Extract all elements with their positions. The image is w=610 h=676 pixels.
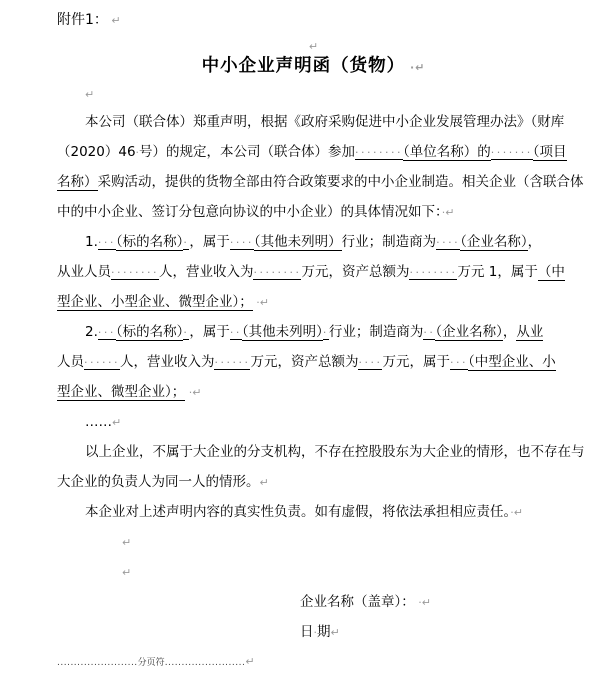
clause-2-line-3: 型企业、微型企业）； ·↵ [57, 377, 570, 407]
text-run: （其他未列明） [254, 234, 342, 251]
text-run: 中的中小企业、签订分包意向协议的中小企业）的具体情况如下： [57, 204, 442, 220]
formatting-mark: ↵ [245, 655, 254, 668]
text-run: 本公司（联合体）郑重声明，根据《政府采购促进中小企业发展管理办法》（财库 [85, 114, 564, 130]
text-run: ， [528, 234, 542, 250]
blank-fill-dots: ·· [230, 326, 242, 340]
text-run: （项目 [533, 144, 567, 161]
blank-fill-dots: ······· [491, 146, 533, 160]
clause-2-line-1: 2.···（标的名称）·，属于··（其他未列明）·行业；制造商为··（企业名称）… [57, 317, 570, 347]
blank-fill-dots: ··· [98, 326, 116, 340]
document-title: 中小企业声明函（货物） ·↵ [57, 51, 570, 82]
text-run: 型企业、微型企业）； [57, 384, 185, 401]
text-run: …… [85, 414, 112, 430]
formatting-mark: ↵ [122, 536, 131, 549]
intro-line-3: 名称）采购活动，提供的货物全部由符合政策要求的中小企业制造。相关企业（含联合体 [57, 167, 570, 197]
text-run: ........................ [57, 658, 138, 668]
blank-fill-dots: ········ [111, 266, 159, 280]
text-run: 行业；制造商为 [342, 234, 437, 250]
text-run: （2020）46 [57, 144, 136, 160]
text-run: 采购活动，提供的货物全部由符合政策要求的中小企业制造。相关企业（含联合体 [98, 174, 584, 190]
text-run: （企业名称） [435, 324, 503, 341]
intro-line-2: （2020）46·号）的规定，本公司（联合体）参加········（单位名称）的… [57, 137, 570, 167]
text-run: 1. [85, 234, 98, 250]
empty-paragraph: ↵ [57, 82, 570, 107]
empty-paragraph: ↵ [57, 557, 570, 587]
blank-fill-dots: ···· [230, 236, 254, 250]
text-run: 分页符 [138, 658, 165, 668]
formatting-mark: ·↵ [185, 386, 201, 399]
blank-fill-dots: ·· [423, 326, 435, 340]
text-run: （其他未列明） [242, 324, 323, 341]
page-break-marker: ........................分页符.............… [57, 647, 570, 676]
blank-fill-dots: ··· [450, 356, 468, 370]
text-run: 型企业、小型企业、微型企业）； [57, 294, 253, 311]
formatting-mark: ↵ [112, 416, 121, 429]
intro-line-4: 中的中小企业、签订分包意向协议的中小企业）的具体情况如下：·↵ [57, 197, 570, 227]
text-run: 人，营业收入为 [159, 264, 254, 280]
text-run: ，属于 [189, 234, 230, 250]
text-run: （企业名称） [460, 234, 528, 251]
text-run: 大企业的负责人为同一人的情形。 [57, 474, 260, 490]
blank-fill-dots: ······ [214, 356, 250, 370]
blank-fill-dots: ········ [409, 266, 457, 280]
text-run: 人，营业收入为 [120, 354, 215, 370]
text-run: 从业人员 [57, 264, 111, 280]
text-run: 以上企业，不属于大企业的分支机构，不存在控股股东为大企业的情形，也不存在与 [85, 444, 585, 460]
signature-date-line: 日·期↵ [57, 617, 570, 647]
text-run: 万元，资产总额为 [301, 264, 409, 280]
formatting-mark: ·↵ [405, 61, 425, 74]
text-run: （中型企业、小 [468, 354, 556, 371]
formatting-mark: ↵ [122, 566, 131, 579]
text-run: 人员 [57, 354, 84, 370]
word-document-page: 附件1： ↵↵中小企业声明函（货物） ·↵↵本公司（联合体）郑重声明，根据《政府… [0, 0, 610, 676]
document-body: 附件1： ↵↵中小企业声明函（货物） ·↵↵本公司（联合体）郑重声明，根据《政府… [57, 8, 570, 676]
intro-line-1: 本公司（联合体）郑重声明，根据《政府采购促进中小企业发展管理办法》（财库 [57, 107, 570, 137]
formatting-mark: ·↵ [442, 206, 455, 219]
text-run: （中 [538, 264, 565, 281]
text-run: 本企业对上述声明内容的真实性负责。如有虚假，将依法承担相应责任。 [85, 504, 510, 520]
text-run: 行业；制造商为 [329, 324, 424, 340]
blank-fill-dots: ········ [355, 146, 403, 160]
closing-line-2: 大企业的负责人为同一人的情形。↵ [57, 467, 570, 497]
formatting-mark: ↵ [85, 88, 94, 101]
text-run: 附件1： [57, 12, 108, 28]
text-run: 万元，资产总额为 [250, 354, 358, 370]
text-run: 2. [85, 324, 98, 340]
blank-fill-dots: ········ [253, 266, 301, 280]
empty-paragraph: ↵ [57, 38, 570, 51]
formatting-mark: ↵ [331, 626, 340, 639]
ellipsis-line: ……↵ [57, 407, 570, 437]
formatting-mark: ↵ [260, 476, 269, 489]
formatting-mark: ·↵ [510, 506, 523, 519]
text-run: 期 [317, 624, 331, 640]
blank-fill-dots: ······ [84, 356, 120, 370]
text-run: 号）的规定，本公司（联合体）参加 [139, 144, 355, 160]
closing-line-1: 以上企业，不属于大企业的分支机构，不存在控股股东为大企业的情形，也不存在与 [57, 437, 570, 467]
text-run: ， [503, 324, 517, 340]
clause-1-line-2: 从业人员········人，营业收入为········万元，资产总额为·····… [57, 257, 570, 287]
text-run: 万元 1，属于 [457, 264, 537, 280]
blank-fill-dots: ··· [98, 236, 116, 250]
text-run: 从业 [516, 324, 543, 341]
responsibility-line: 本企业对上述声明内容的真实性负责。如有虚假，将依法承担相应责任。·↵ [57, 497, 570, 527]
text-run: （标的名称） [116, 324, 184, 341]
clause-1-line-3: 型企业、小型企业、微型企业）； ·↵ [57, 287, 570, 317]
empty-paragraph: ↵ [57, 527, 570, 557]
formatting-mark: ·↵ [415, 596, 431, 609]
signature-company-line: 企业名称（盖章）： ·↵ [57, 587, 570, 617]
text-run: 中小企业声明函（货物） [202, 56, 406, 76]
text-run: 万元，属于 [382, 354, 450, 370]
text-run: 企业名称（盖章）： [300, 594, 415, 610]
text-run: （单位名称）的 [403, 144, 491, 161]
formatting-mark: ↵ [108, 14, 121, 27]
clause-2-line-2: 人员······人，营业收入为······万元，资产总额为····万元，属于··… [57, 347, 570, 377]
clause-1-line-1: 1.···（标的名称）·，属于····（其他未列明）行业；制造商为····（企业… [57, 227, 570, 257]
text-run: 名称） [57, 174, 98, 191]
text-run: ，属于 [189, 324, 230, 340]
attachment-label: 附件1： ↵ [57, 8, 570, 38]
blank-fill-dots: ···· [436, 236, 460, 250]
blank-fill-dots: ···· [358, 356, 382, 370]
text-run: （标的名称） [116, 234, 184, 251]
text-run: ........................ [165, 658, 246, 668]
text-run: 日 [300, 624, 314, 640]
formatting-mark: ·↵ [253, 296, 269, 309]
